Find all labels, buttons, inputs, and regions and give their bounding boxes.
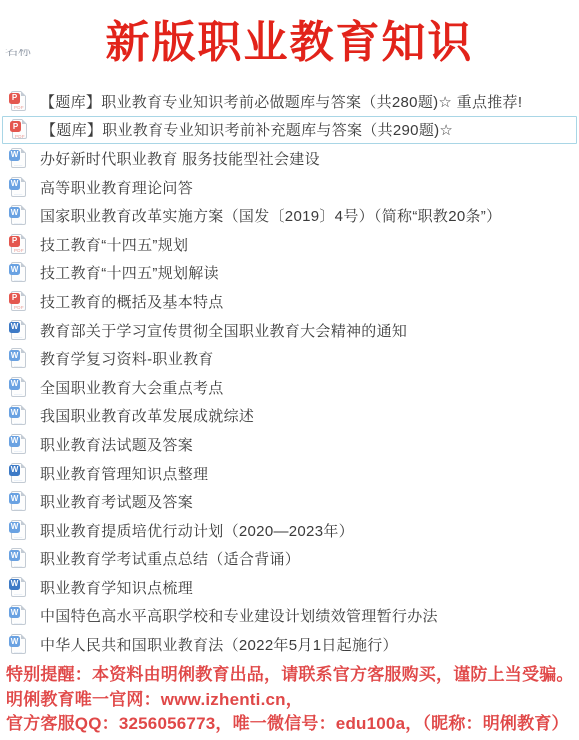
word-file-icon xyxy=(9,463,27,484)
file-name: 职业教育学考试重点总结（适合背诵） xyxy=(40,548,300,569)
file-name: 【题库】职业教育专业知识考前补充题库与答案（共290题)☆ xyxy=(41,119,453,140)
header: 新版职业教育知识 名称 xyxy=(0,0,579,88)
word-file-icon xyxy=(9,348,27,369)
file-name: 技工教育“十四五”规划 xyxy=(40,234,188,255)
file-name: 国家职业教育改革实施方案（国发〔2019〕4号）（简称“职教20条”） xyxy=(40,205,501,226)
word-file-icon xyxy=(9,491,27,512)
list-item[interactable]: 国家职业教育改革实施方案（国发〔2019〕4号）（简称“职教20条”） xyxy=(0,201,579,230)
list-item[interactable]: 我国职业教育改革发展成就综述 xyxy=(0,402,579,431)
word-file-icon xyxy=(9,205,27,226)
list-item[interactable]: 职业教育考试题及答案 xyxy=(0,487,579,516)
list-item[interactable]: 高等职业教育理论问答 xyxy=(0,173,579,202)
list-item[interactable]: 中华人民共和国职业教育法（2022年5月1日起施行） xyxy=(0,630,579,659)
list-item[interactable]: 【题库】职业教育专业知识考前补充题库与答案（共290题)☆ xyxy=(2,116,577,145)
list-item[interactable]: 【题库】职业教育专业知识考前必做题库与答案（共280题)☆ 重点推荐! xyxy=(0,87,579,116)
file-name: 办好新时代职业教育 服务技能型社会建设 xyxy=(40,148,320,169)
file-list: 【题库】职业教育专业知识考前必做题库与答案（共280题)☆ 重点推荐! 【题库】… xyxy=(0,87,579,659)
file-name: 职业教育学知识点梳理 xyxy=(40,577,193,598)
word-file-icon xyxy=(9,148,27,169)
file-name: 技工教育“十四五”规划解读 xyxy=(40,262,219,283)
footer-notice: 特别提醒：本资料由明俐教育出品，请联系官方客服购买，谨防上当受骗。 明俐教育唯一… xyxy=(6,663,579,737)
list-item[interactable]: 全国职业教育大会重点考点 xyxy=(0,373,579,402)
list-item[interactable]: 职业教育提质培优行动计划（2020—2023年） xyxy=(0,516,579,545)
list-item[interactable]: 职业教育管理知识点整理 xyxy=(0,459,579,488)
word-file-icon xyxy=(9,577,27,598)
word-file-icon xyxy=(9,434,27,455)
list-item[interactable]: 技工教育“十四五”规划 xyxy=(0,230,579,259)
file-name: 职业教育考试题及答案 xyxy=(40,491,193,512)
list-item[interactable]: 职业教育学考试重点总结（适合背诵） xyxy=(0,545,579,574)
word-file-icon xyxy=(9,320,27,341)
list-item[interactable]: 办好新时代职业教育 服务技能型社会建设 xyxy=(0,144,579,173)
file-name: 教育部关于学习宣传贯彻全国职业教育大会精神的通知 xyxy=(40,320,407,341)
footer-line-2: 明俐教育唯一官网：www.izhenti.cn， xyxy=(6,688,579,713)
file-name: 中华人民共和国职业教育法（2022年5月1日起施行） xyxy=(40,634,398,655)
word-file-icon xyxy=(9,262,27,283)
pdf-file-icon xyxy=(9,91,27,112)
pdf-file-icon xyxy=(9,234,27,255)
word-file-icon xyxy=(9,177,27,198)
page-title: 新版职业教育知识 xyxy=(0,6,579,70)
pdf-file-icon xyxy=(9,291,27,312)
file-name: 中国特色高水平高职学校和专业建设计划绩效管理暂行办法 xyxy=(40,605,438,626)
file-name: 全国职业教育大会重点考点 xyxy=(40,377,224,398)
list-item[interactable]: 技工教育的概括及基本特点 xyxy=(0,287,579,316)
word-file-icon xyxy=(9,548,27,569)
list-item[interactable]: 技工教育“十四五”规划解读 xyxy=(0,259,579,288)
file-name: 职业教育法试题及答案 xyxy=(40,434,193,455)
list-item[interactable]: 教育学复习资料-职业教育 xyxy=(0,344,579,373)
word-file-icon xyxy=(9,377,27,398)
page: 新版职业教育知识 名称 【题库】职业教育专业知识考前必做题库与答案（共280题)… xyxy=(0,0,579,740)
footer-line-3: 官方客服QQ：3256056773，唯一微信号：edu100a，（昵称：明俐教育… xyxy=(6,712,579,737)
list-item[interactable]: 职业教育法试题及答案 xyxy=(0,430,579,459)
file-name: 高等职业教育理论问答 xyxy=(40,177,193,198)
file-name: 【题库】职业教育专业知识考前必做题库与答案（共280题)☆ 重点推荐! xyxy=(40,91,522,112)
word-file-icon xyxy=(9,605,27,626)
file-name: 职业教育提质培优行动计划（2020—2023年） xyxy=(40,520,354,541)
file-name: 技工教育的概括及基本特点 xyxy=(40,291,224,312)
list-item[interactable]: 教育部关于学习宣传贯彻全国职业教育大会精神的通知 xyxy=(0,316,579,345)
list-item[interactable]: 职业教育学知识点梳理 xyxy=(0,573,579,602)
column-header-name: 名称 xyxy=(5,40,31,62)
list-item[interactable]: 中国特色高水平高职学校和专业建设计划绩效管理暂行办法 xyxy=(0,602,579,631)
file-name: 职业教育管理知识点整理 xyxy=(40,463,208,484)
file-name: 我国职业教育改革发展成就综述 xyxy=(40,405,254,426)
word-file-icon xyxy=(9,634,27,655)
pdf-file-icon xyxy=(10,119,28,140)
file-name: 教育学复习资料-职业教育 xyxy=(40,348,214,369)
footer-line-1: 特别提醒：本资料由明俐教育出品，请联系官方客服购买，谨防上当受骗。 xyxy=(6,663,579,688)
word-file-icon xyxy=(9,520,27,541)
word-file-icon xyxy=(9,405,27,426)
